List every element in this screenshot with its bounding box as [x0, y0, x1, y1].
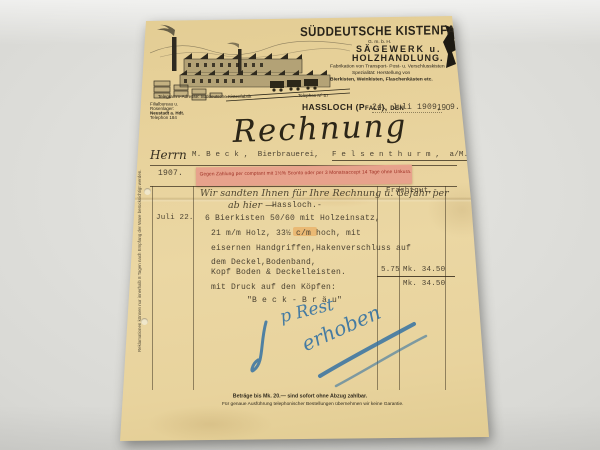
addressee-name: M. B e c k , Bierbrauerei, — [192, 151, 319, 159]
shipping-script-2: ab hier — — [228, 200, 275, 211]
punch-hole — [144, 188, 151, 195]
year-stub: 190 — [437, 103, 450, 112]
invoice-date: Juli 22. — [156, 214, 194, 222]
letterhead-subline-2: Spezialität: Herstellung von — [352, 70, 410, 75]
salutation: Herrn — [150, 148, 187, 162]
unit-price: 5.75 — [381, 266, 400, 274]
freight-note: Frachtgut,- — [386, 187, 438, 195]
telegram-address: Telegramm-Adresse: Süddeutsche Kistenfab… — [158, 94, 251, 99]
invoice-paper: SÜDDEUTSCHE KISTENFABRIK G. m. b. H. SÄG… — [0, 0, 600, 450]
photo-of-invoice: SÜDDEUTSCHE KISTENFABRIK G. m. b. H. SÄG… — [0, 0, 600, 450]
paper-shadow: SÜDDEUTSCHE KISTENFABRIK G. m. b. H. SÄG… — [0, 0, 600, 450]
invoice-line: 21 m/m Holz, 33½ c/m hoch, mit — [211, 229, 361, 238]
addressee-place: F e l s e n t h u r m , a/M. — [332, 151, 468, 161]
payment-terms-sticker: Gegen Zahlung per comptant mit 1½% Scont… — [196, 165, 412, 187]
margin-note: Reklamationen können nur innerhalb 8 Tag… — [137, 187, 142, 352]
branch-address: Filialbureau u. Rosenlager: Neustadt a. … — [150, 102, 184, 120]
invoice-line: mit Druck auf den Köpfen: — [211, 283, 336, 292]
order-number: 1907. — [158, 169, 183, 178]
letterhead-subline-3: Bierkisten, Weinkisten, Flaschenkästen e… — [330, 76, 433, 82]
table-rule — [152, 186, 153, 390]
invoice-line: 6 Bierkisten 50/60 mit Holzeinsatz, — [205, 214, 380, 223]
year-typed: 9. — [450, 103, 460, 112]
branch-line: Telephon 184 — [150, 115, 184, 119]
footer-line-2: Für genaue Ausführung telephonischer Bes… — [222, 401, 378, 406]
document-title: Rechnung — [232, 108, 408, 150]
letterhead-subline-1: Fabrikation von Transport- Post- u. Vers… — [330, 63, 445, 69]
invoice-line: Kopf Boden & Deckelleisten. — [211, 268, 346, 277]
footer-line-1: Beträge bis Mk. 20.— sind sofort ohne Ab… — [221, 393, 379, 399]
telephone-number: Telephon Nº 57 — [298, 93, 329, 98]
sum-rule — [377, 276, 455, 277]
invoice-line: eisernen Handgriffen,Hakenverschluss auf — [211, 244, 411, 253]
invoice-line: dem Deckel,Bodenband, — [211, 258, 316, 267]
punch-hole — [141, 318, 148, 325]
business-line-2: HOLZHANDLUNG. — [352, 53, 444, 63]
total-amount: Mk. 34.50 — [403, 280, 445, 288]
company-name: SÜDDEUTSCHE KISTENFABRIK — [300, 24, 485, 40]
amount: Mk. 34.50 — [403, 266, 445, 274]
shipping-place: Hassloch.- — [272, 201, 322, 210]
payment-terms-text: Gegen Zahlung per comptant mit 1½% Scont… — [196, 166, 412, 177]
